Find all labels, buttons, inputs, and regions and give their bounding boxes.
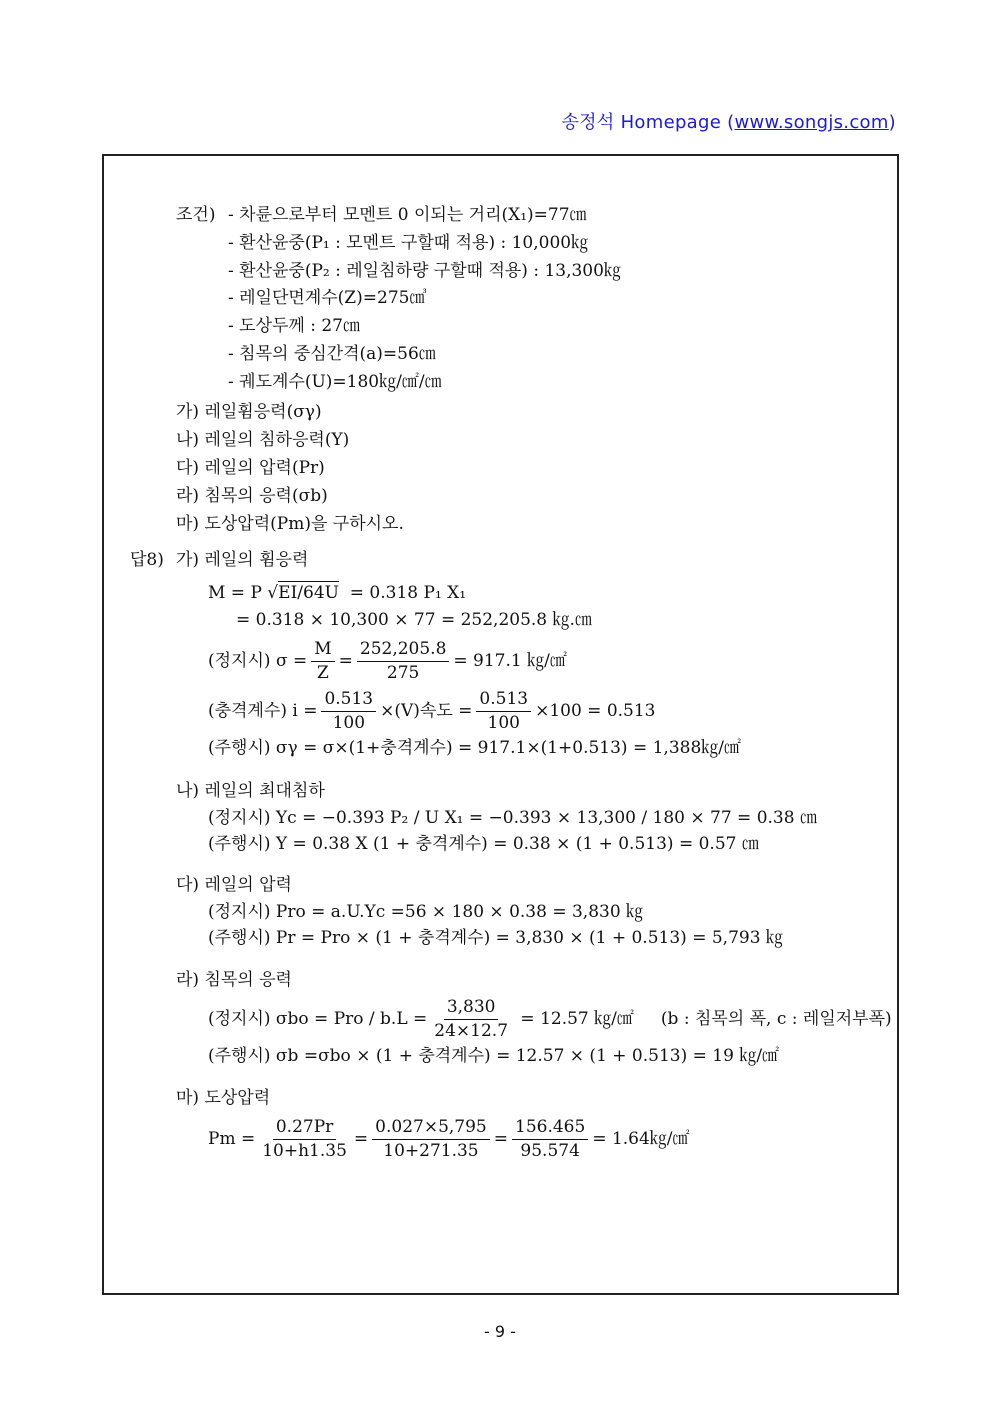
sqrt-term: EI/64U (278, 581, 339, 603)
fraction: 0.027×5,79510+271.35 (372, 1118, 490, 1160)
answer-label: 답8) (130, 552, 164, 569)
running-deflection: (주행시) Y = 0.38 X (1 + 충격계수) = 0.38 × (1 … (208, 836, 759, 853)
answer-a-title: 가) 레일의 휨응력 (176, 552, 308, 569)
static-result: = 917.1 ㎏/㎠ (453, 653, 566, 670)
impact-factor-formula: (충격계수) i = 0.513100 ×(V)속도 = 0.513100 ×1… (208, 690, 656, 732)
static-deflection: (정지시) Yc = −0.393 P₂ / U X₁ = −0.393 × 1… (208, 810, 817, 827)
impact-result: ×100 = 0.513 (535, 703, 655, 720)
page-header: 송정석 Homepage (www.songjs.com) (561, 108, 896, 134)
equals: = (354, 1131, 368, 1148)
question-item: 다) 레일의 압력(Pr) (176, 460, 325, 477)
fraction: 252,205.8275 (357, 640, 450, 682)
condition-item: - 도상두께 : 27㎝ (228, 318, 360, 335)
static-sleeper-stress: (정지시) σbo = Pro / b.L = 3,83024×12.7 = 1… (208, 998, 892, 1040)
running-sleeper-stress: (주행시) σb =σbo × (1 + 충격계수) = 12.57 × (1 … (208, 1048, 779, 1065)
answer-c-title: 다) 레일의 압력 (176, 877, 292, 894)
condition-item: - 환산윤중(P₁ : 모멘트 구할때 적용) : 10,000㎏ (228, 235, 588, 252)
question-item: 라) 침목의 응력(σb) (176, 488, 328, 505)
page-number: - 9 - (0, 1322, 1000, 1341)
moment-formula: M = P √EI/64U = 0.318 P₁ X₁ (208, 585, 466, 602)
running-stress: (주행시) σγ = σ×(1+충격계수) = 917.1×(1+0.513) … (208, 740, 741, 757)
sigma-symbol: σ = (276, 653, 307, 670)
fraction: 3,83024×12.7 (431, 998, 511, 1040)
answer-d-title: 라) 침목의 응력 (176, 972, 292, 989)
question-item: 나) 레일의 침하응력(Y) (176, 432, 349, 449)
answer-b-title: 나) 레일의 최대침하 (176, 783, 325, 800)
ballast-pressure-formula: Pm = 0.27Pr10+h1.35 = 0.027×5,79510+271.… (208, 1118, 690, 1160)
fraction: 0.513100 (321, 690, 376, 732)
ballast-result: = 1.64㎏/㎠ (592, 1131, 689, 1148)
condition-item: - 레일단면계수(Z)=275㎤ (228, 290, 426, 307)
static-stress-formula: (정지시) σ = MZ = 252,205.8275 = 917.1 ㎏/㎠ (208, 640, 567, 682)
condition-item: - 궤도계수(U)=180㎏/㎠/㎝ (228, 374, 442, 391)
running-pressure: (주행시) Pr = Pro × (1 + 충격계수) = 3,830 × (1… (208, 930, 783, 947)
moment-calc: = 0.318 × 10,300 × 77 = 252,205.8 ㎏.㎝ (236, 612, 592, 629)
sleeper-note: (b : 침목의 폭, c : 레일저부폭) (661, 1011, 892, 1028)
sleeper-result: = 12.57 ㎏/㎠ (520, 1011, 633, 1028)
fraction: 0.513100 (476, 690, 531, 732)
static-pressure: (정지시) Pro = a.U.Yc =56 × 180 × 0.38 = 3,… (208, 904, 643, 921)
fraction: 156.46595.574 (512, 1118, 588, 1160)
condition-item: - 환산윤중(P₂ : 레일침하량 구할때 적용) : 13,300㎏ (228, 263, 621, 280)
equals: = (494, 1131, 508, 1148)
site-label: Homepage (621, 112, 722, 133)
fraction: 0.27Pr10+h1.35 (259, 1118, 350, 1160)
condition-item: - 차륜으로부터 모멘트 0 이되는 거리(X₁)=77㎝ (228, 207, 587, 224)
question-item: 가) 레일휨응력(σγ) (176, 404, 322, 421)
static-label: (정지시) (208, 653, 271, 670)
fraction: MZ (311, 640, 334, 682)
answer-e-title: 마) 도상압력 (176, 1090, 270, 1107)
author-name: 송정석 (561, 112, 614, 133)
sleeper-lhs: (정지시) σbo = Pro / b.L = (208, 1011, 427, 1028)
impact-mid: ×(V)속도 = (380, 703, 472, 720)
homepage-link[interactable]: www.songjs.com (734, 112, 888, 133)
question-item: 마) 도상압력(Pm)을 구하시오. (176, 516, 404, 533)
condition-label: 조건) (176, 207, 215, 224)
impact-label: (충격계수) i = (208, 703, 317, 720)
moment-rhs: = 0.318 P₁ X₁ (350, 583, 466, 603)
condition-item: - 침목의 중심간격(a)=56㎝ (228, 346, 436, 363)
moment-lhs: M = P (208, 583, 262, 603)
pm-label: Pm = (208, 1131, 255, 1148)
